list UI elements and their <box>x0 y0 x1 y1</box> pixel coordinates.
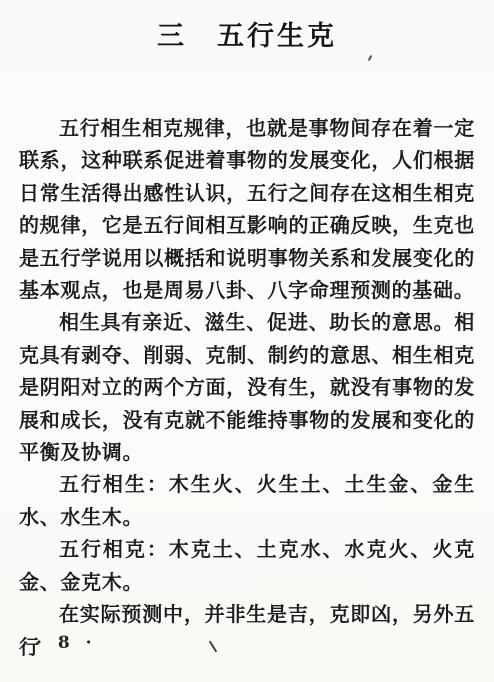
paragraph: 五行相生相克规律，也就是事物间存在着一定联系，这种联系促进着事物的发展变化，人们… <box>19 112 475 306</box>
body-text: 五行相生相克规律，也就是事物间存在着一定联系，这种联系促进着事物的发展变化，人们… <box>19 112 475 663</box>
book-page: 三 五行生克 五行相生相克规律，也就是事物间存在着一定联系，这种联系促进着事物的… <box>0 0 494 682</box>
chapter-title: 三 五行生克 <box>0 14 494 53</box>
paragraph: 相生具有亲近、滋生、促进、助长的意思。相克具有剥夺、削弱、克制、制约的意思、相生… <box>19 306 475 468</box>
paragraph: 在实际预测中，并非生是吉，克即凶，另外五行 <box>19 598 475 663</box>
paragraph: 五行相生：木生火、火生土、土生金、金生水、水生木。 <box>19 468 475 533</box>
scan-speck-icon <box>368 55 373 61</box>
page-number: · 8 · <box>36 633 97 653</box>
paragraph: 五行相克：木克土、土克水、水克火、火克金、金克木。 <box>19 533 475 598</box>
